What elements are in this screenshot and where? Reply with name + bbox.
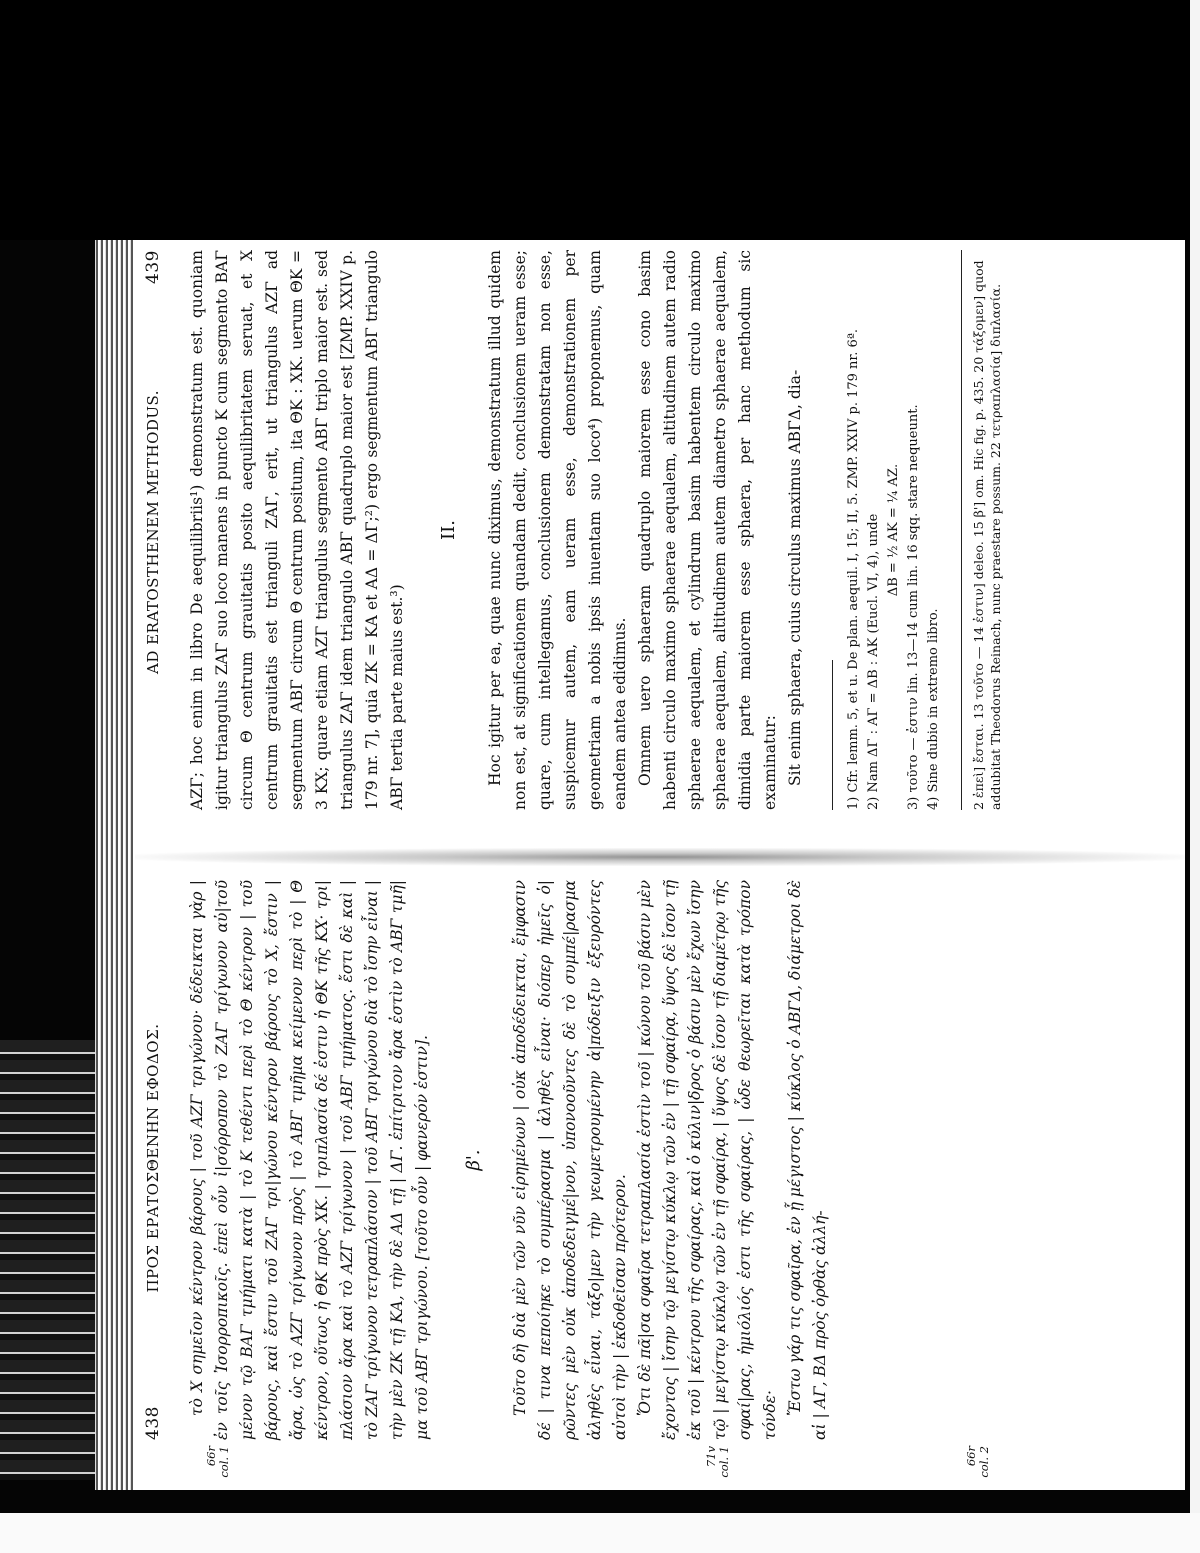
footnote-2: 2) Nam ΔΓ : ΑΓ = ΔΒ : ΑΚ (Eucl. VI, 4), … [865, 250, 883, 810]
greek-block-4: Ἔστω γάρ τις σφαῖρα, ἐν ᾗ μέγιστος | κύκ… [783, 880, 833, 1440]
book-gutter [135, 848, 1185, 866]
apparatus-rule [961, 250, 962, 810]
page-edges [95, 240, 135, 1490]
running-title: AD ERATOSTHENEM METHODUS. [144, 284, 162, 780]
latin-block-2: Hoc igitur per ea, quae nunc diximus, de… [483, 250, 633, 810]
latin-block-3: Omnem uero sphaeram quadruplo maiorem es… [633, 250, 783, 810]
page-438: 438 ΠΡΟΣ ΕΡΑΤΟΣΘΕΝΗΝ ΕΦΟΔΟΣ. 66r col. 1 … [143, 880, 1173, 1440]
running-head: 438 ΠΡΟΣ ΕΡΑΤΟΣΘΕΝΗΝ ΕΦΟΔΟΣ. [143, 880, 163, 1440]
footnote-1: 1) Cfr. lemm. 5, et u. De plan. aequil. … [845, 250, 863, 810]
scan-edge-bottom [0, 1513, 1200, 1553]
running-title: ΠΡΟΣ ΕΡΑΤΟΣΘΕΝΗΝ ΕΦΟΔΟΣ. [144, 910, 162, 1406]
margin-note-folio: 71v col. 1 [705, 1446, 731, 1484]
book-spread-container: 438 ΠΡΟΣ ΕΡΑΤΟΣΘΕΝΗΝ ΕΦΟΔΟΣ. 66r col. 1 … [95, 240, 1185, 1490]
page-number: 438 [143, 1406, 163, 1440]
scan-dark-border-top [0, 0, 1200, 240]
latin-block-1: ΑΖΓ; hoc enim in libro De aequilibriis¹)… [185, 250, 410, 810]
scan-edge-right [1190, 0, 1200, 1553]
footnote-3: 3) τοῦτο — ἐστιν lin. 13—14 cum lin. 16 … [905, 250, 923, 810]
footnote-rule [832, 660, 833, 810]
footnote-4: 4) Sine dubio in extremo libro. [925, 250, 943, 810]
critical-apparatus: 2 ἐπεὶ] ἔσται. 13 τοῦτο — 14 ἐστιν] dele… [970, 250, 1004, 810]
scan-noise-left [0, 1040, 95, 1480]
book-spread: 438 ΠΡΟΣ ΕΡΑΤΟΣΘΕΝΗΝ ΕΦΟΔΟΣ. 66r col. 1 … [95, 240, 1185, 1490]
running-head: AD ERATOSTHENEM METHODUS. 439 [143, 250, 163, 810]
section-heading: β'. [461, 880, 486, 1440]
page-439: AD ERATOSTHENEM METHODUS. 439 ΑΖΓ; hoc e… [143, 250, 1173, 810]
greek-block-3: Ὅτι δὲ πᾶ|σα σφαῖρα τετραπλασία ἐστὶν το… [633, 880, 783, 1440]
latin-block-4: Sit enim sphaera, cuius circulus maximus… [783, 250, 808, 810]
greek-block-1: τὸ Χ σημεῖον κέντρον βάρους | τοῦ ΑΖΓ τρ… [185, 880, 435, 1440]
margin-note-folio: 66r col. 2 [965, 1446, 991, 1484]
margin-note-folio: 66r col. 1 [205, 1446, 231, 1484]
section-heading: II. [436, 250, 461, 810]
footnote-2-equation: ΔΒ = ½ ΑΚ = ¼ ΑΖ. [885, 250, 903, 810]
footnotes: 1) Cfr. lemm. 5, et u. De plan. aequil. … [845, 250, 943, 810]
page-number: 439 [143, 250, 163, 284]
greek-block-2: Τοῦτο δὴ διὰ μὲν τῶν νῦν εἰρημένων | οὐκ… [508, 880, 633, 1440]
